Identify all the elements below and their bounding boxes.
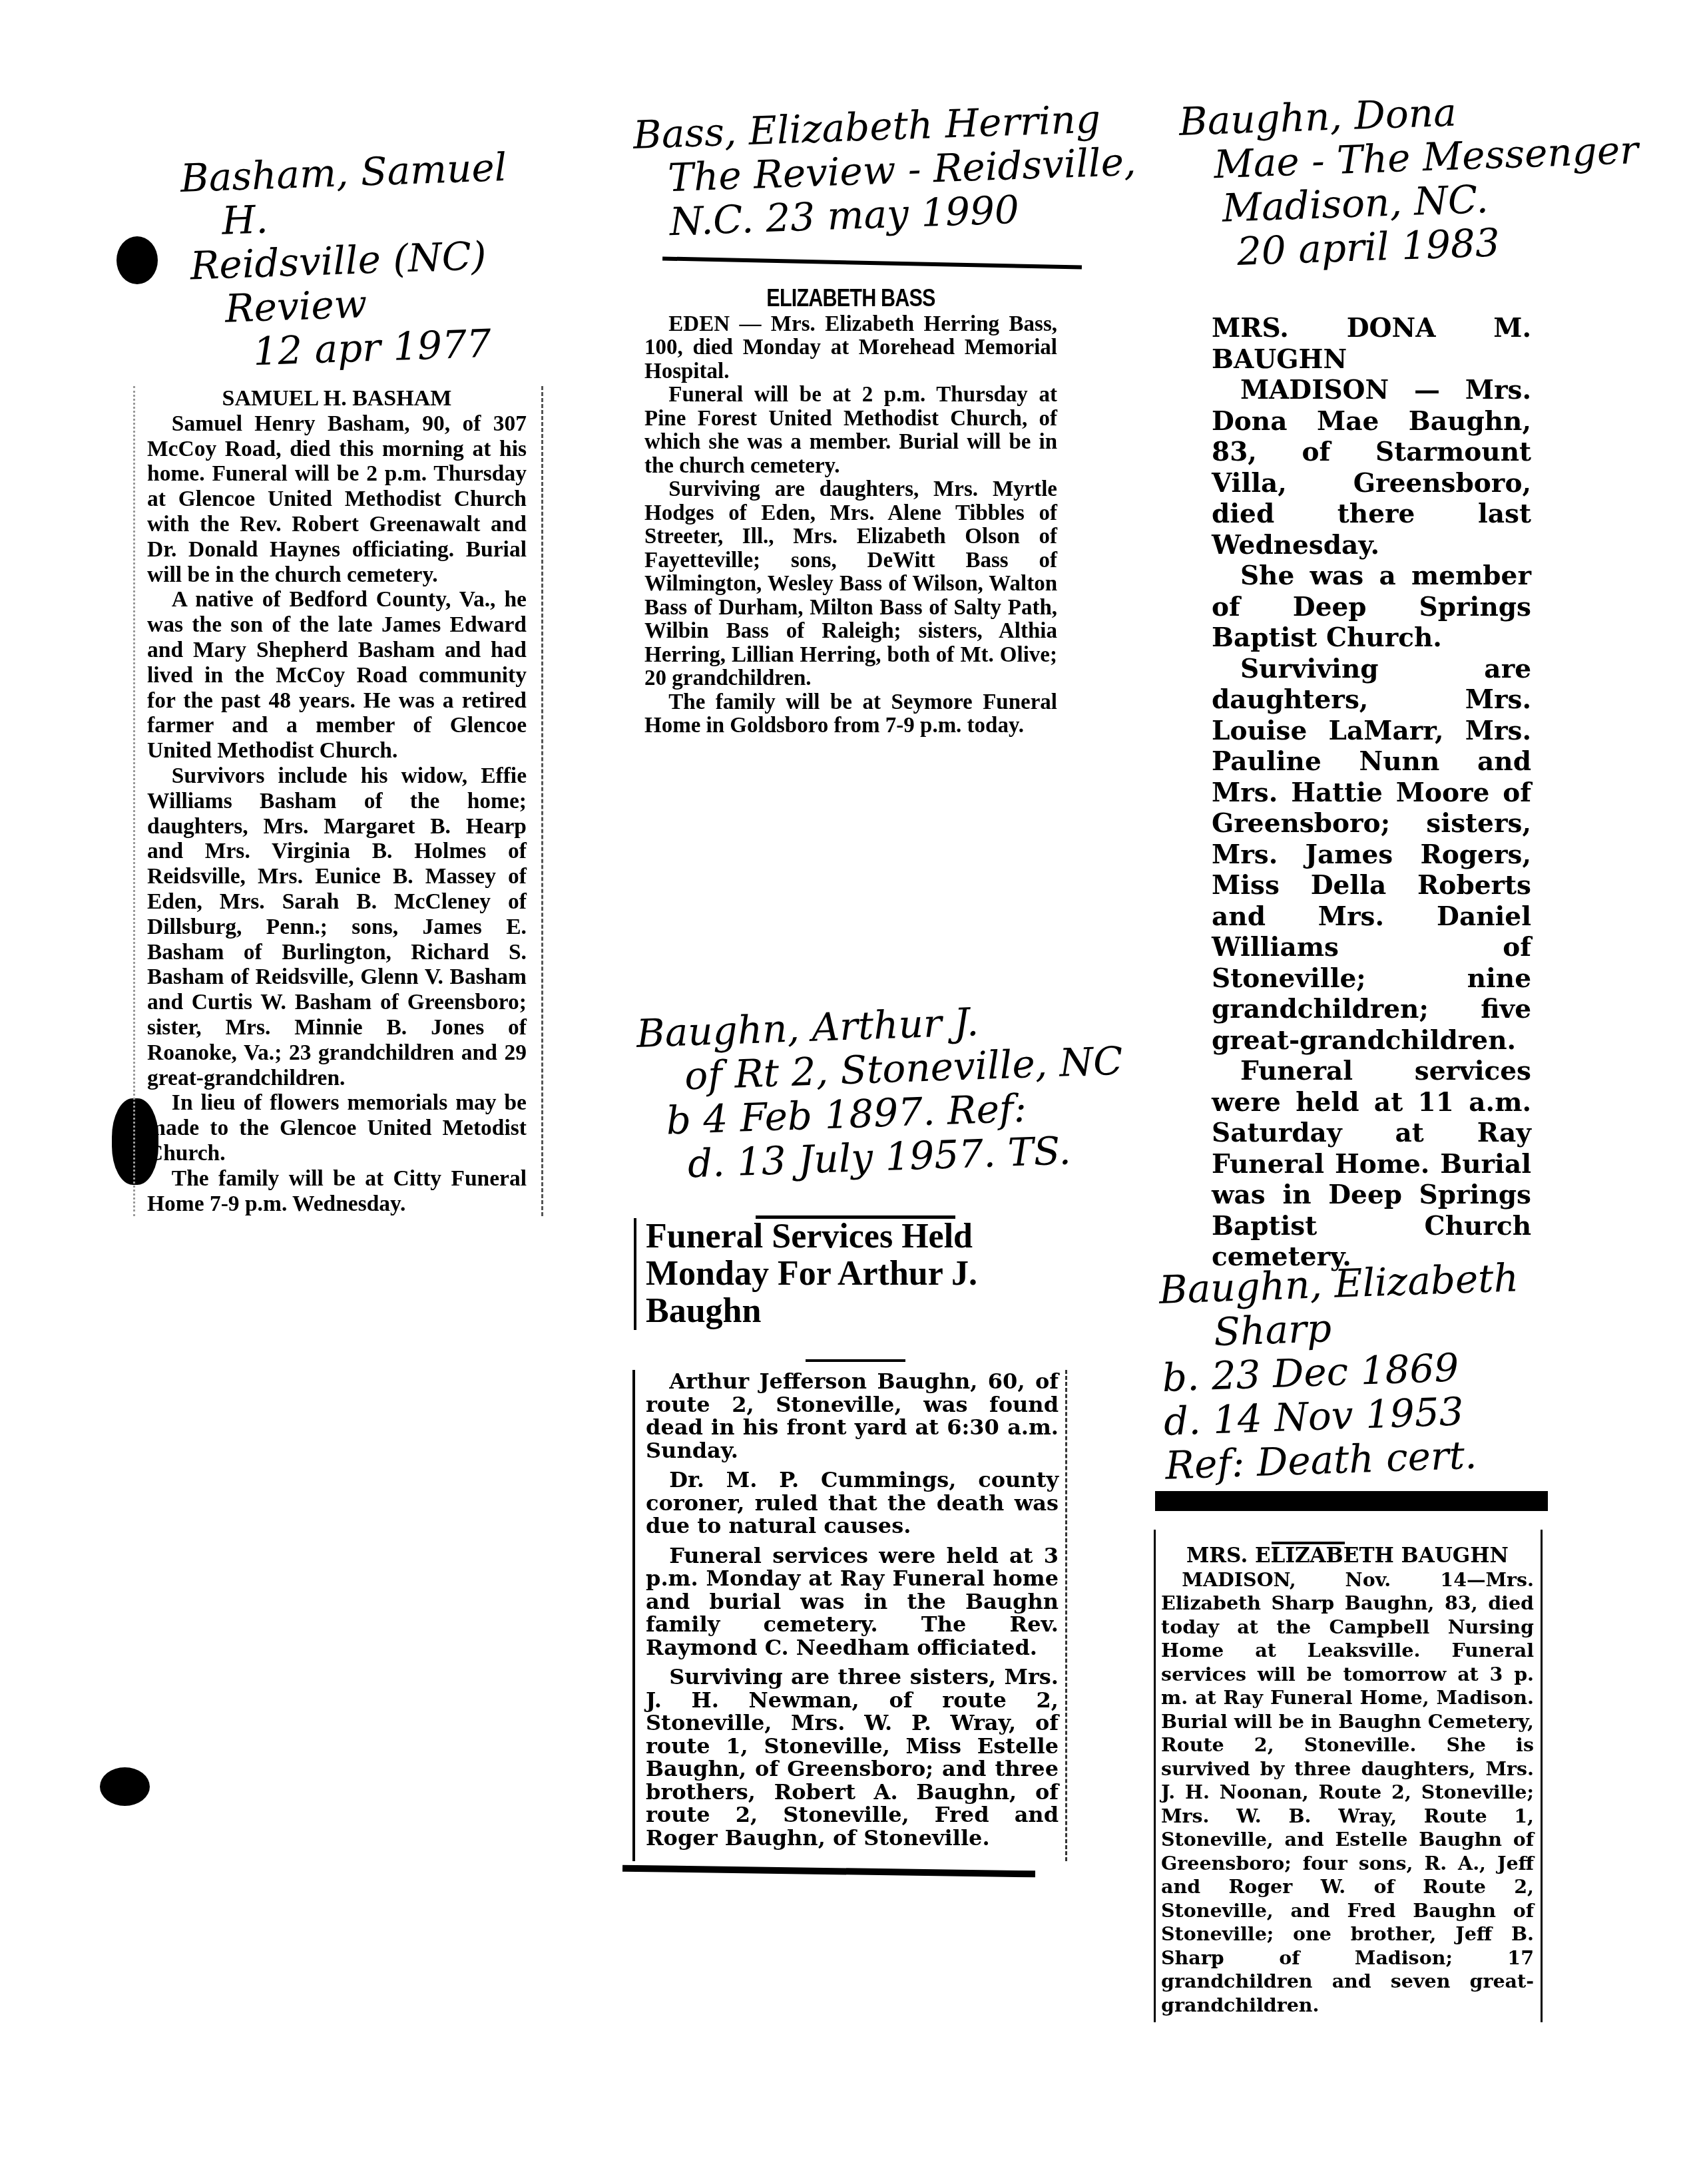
obituary-paragraph: Surviving are daughters, Mrs. Louise LaM… (1212, 654, 1531, 1056)
obituary-paragraph: MADISON, Nov. 14—Mrs. Elizabeth Sharp Ba… (1161, 1568, 1534, 2018)
obituary-paragraph: Surviving are three sisters, Mrs. J. H. … (646, 1665, 1059, 1849)
binder-punch-hole-top (117, 236, 158, 284)
arthur-baughn-obituary: Arthur Jefferson Baughn, 60, of route 2,… (632, 1370, 1067, 1861)
obituary-headline: SAMUEL H. BASHAM (147, 386, 527, 411)
obituary-paragraph: The family will be at Citty Funeral Home… (147, 1166, 527, 1217)
basham-handwritten-note: Basham, Samuel H. Reidsville (NC) Review… (180, 143, 560, 375)
elizabeth-baughn-obituary: MRS. ELIZABETH BAUGHN MADISON, Nov. 14—M… (1154, 1530, 1543, 2022)
obituary-paragraph: Arthur Jefferson Baughn, 60, of route 2,… (646, 1370, 1059, 1462)
dona-baughn-obituary: MRS. DONA M. BAUGHN MADISON — Mrs. Dona … (1212, 313, 1531, 1273)
arthur-baughn-bottom-rule (622, 1865, 1035, 1878)
obituary-paragraph: Survivors include his widow, Effie Willi… (147, 764, 527, 1090)
obituary-paragraph: MADISON — Mrs. Dona Mae Baughn, 83, of S… (1212, 375, 1531, 560)
arthur-baughn-headline: Funeral Services Held Monday For Arthur … (634, 1218, 1059, 1330)
obituary-paragraph: Funeral services were held at 11 a.m. Sa… (1212, 1056, 1531, 1273)
obituary-paragraph: Surviving are daughters, Mrs. Myrtle Hod… (644, 478, 1057, 691)
obituary-paragraph: In lieu of flowers memorials may be made… (147, 1090, 527, 1166)
bass-header-rule (662, 256, 1082, 269)
obituary-paragraph: Funeral will be at 2 p.m. Thursday at Pi… (644, 383, 1057, 478)
basham-obituary: SAMUEL H. BASHAM Samuel Henry Basham, 90… (133, 386, 543, 1216)
dona-baughn-handwritten-note: Baughn, Dona Mae - The Messenger Madison… (1178, 87, 1557, 275)
obituary-paragraph: EDEN — Mrs. Elizabeth Herring Bass, 100,… (644, 313, 1057, 384)
obituary-paragraph: Dr. M. P. Cummings, county coroner, rule… (646, 1468, 1059, 1538)
obituary-paragraph: Samuel Henry Basham, 90, of 307 McCoy Ro… (147, 411, 527, 588)
obituary-headline: MRS. DONA M. BAUGHN (1212, 313, 1531, 375)
obituary-paragraph: The family will be at Seymore Funeral Ho… (644, 691, 1057, 738)
binder-punch-hole-bottom (100, 1767, 150, 1806)
elizabeth-baughn-black-band (1155, 1491, 1548, 1511)
obituary-headline: ELIZABETH BASS (676, 286, 1027, 310)
obituary-paragraph: A native of Bedford County, Va., he was … (147, 587, 527, 764)
obituary-paragraph: She was a member of Deep Springs Baptist… (1212, 560, 1531, 654)
bass-obituary: ELIZABETH BASS EDEN — Mrs. Elizabeth Her… (644, 286, 1057, 738)
obituary-headline: MRS. ELIZABETH BAUGHN (1161, 1544, 1534, 1568)
elizabeth-baughn-handwritten-note: Baughn, Elizabeth Sharp b. 23 Dec 1869 d… (1158, 1255, 1539, 1487)
bass-handwritten-note: Bass, Elizabeth Herring The Review - Rei… (632, 97, 1102, 245)
arthur-baughn-handwritten-note: Baughn, Arthur J. of Rt 2, Stoneville, N… (636, 996, 1075, 1188)
arthur-baughn-headline-rule (806, 1359, 905, 1362)
obituary-paragraph: Funeral services were held at 3 p.m. Mon… (646, 1544, 1059, 1659)
